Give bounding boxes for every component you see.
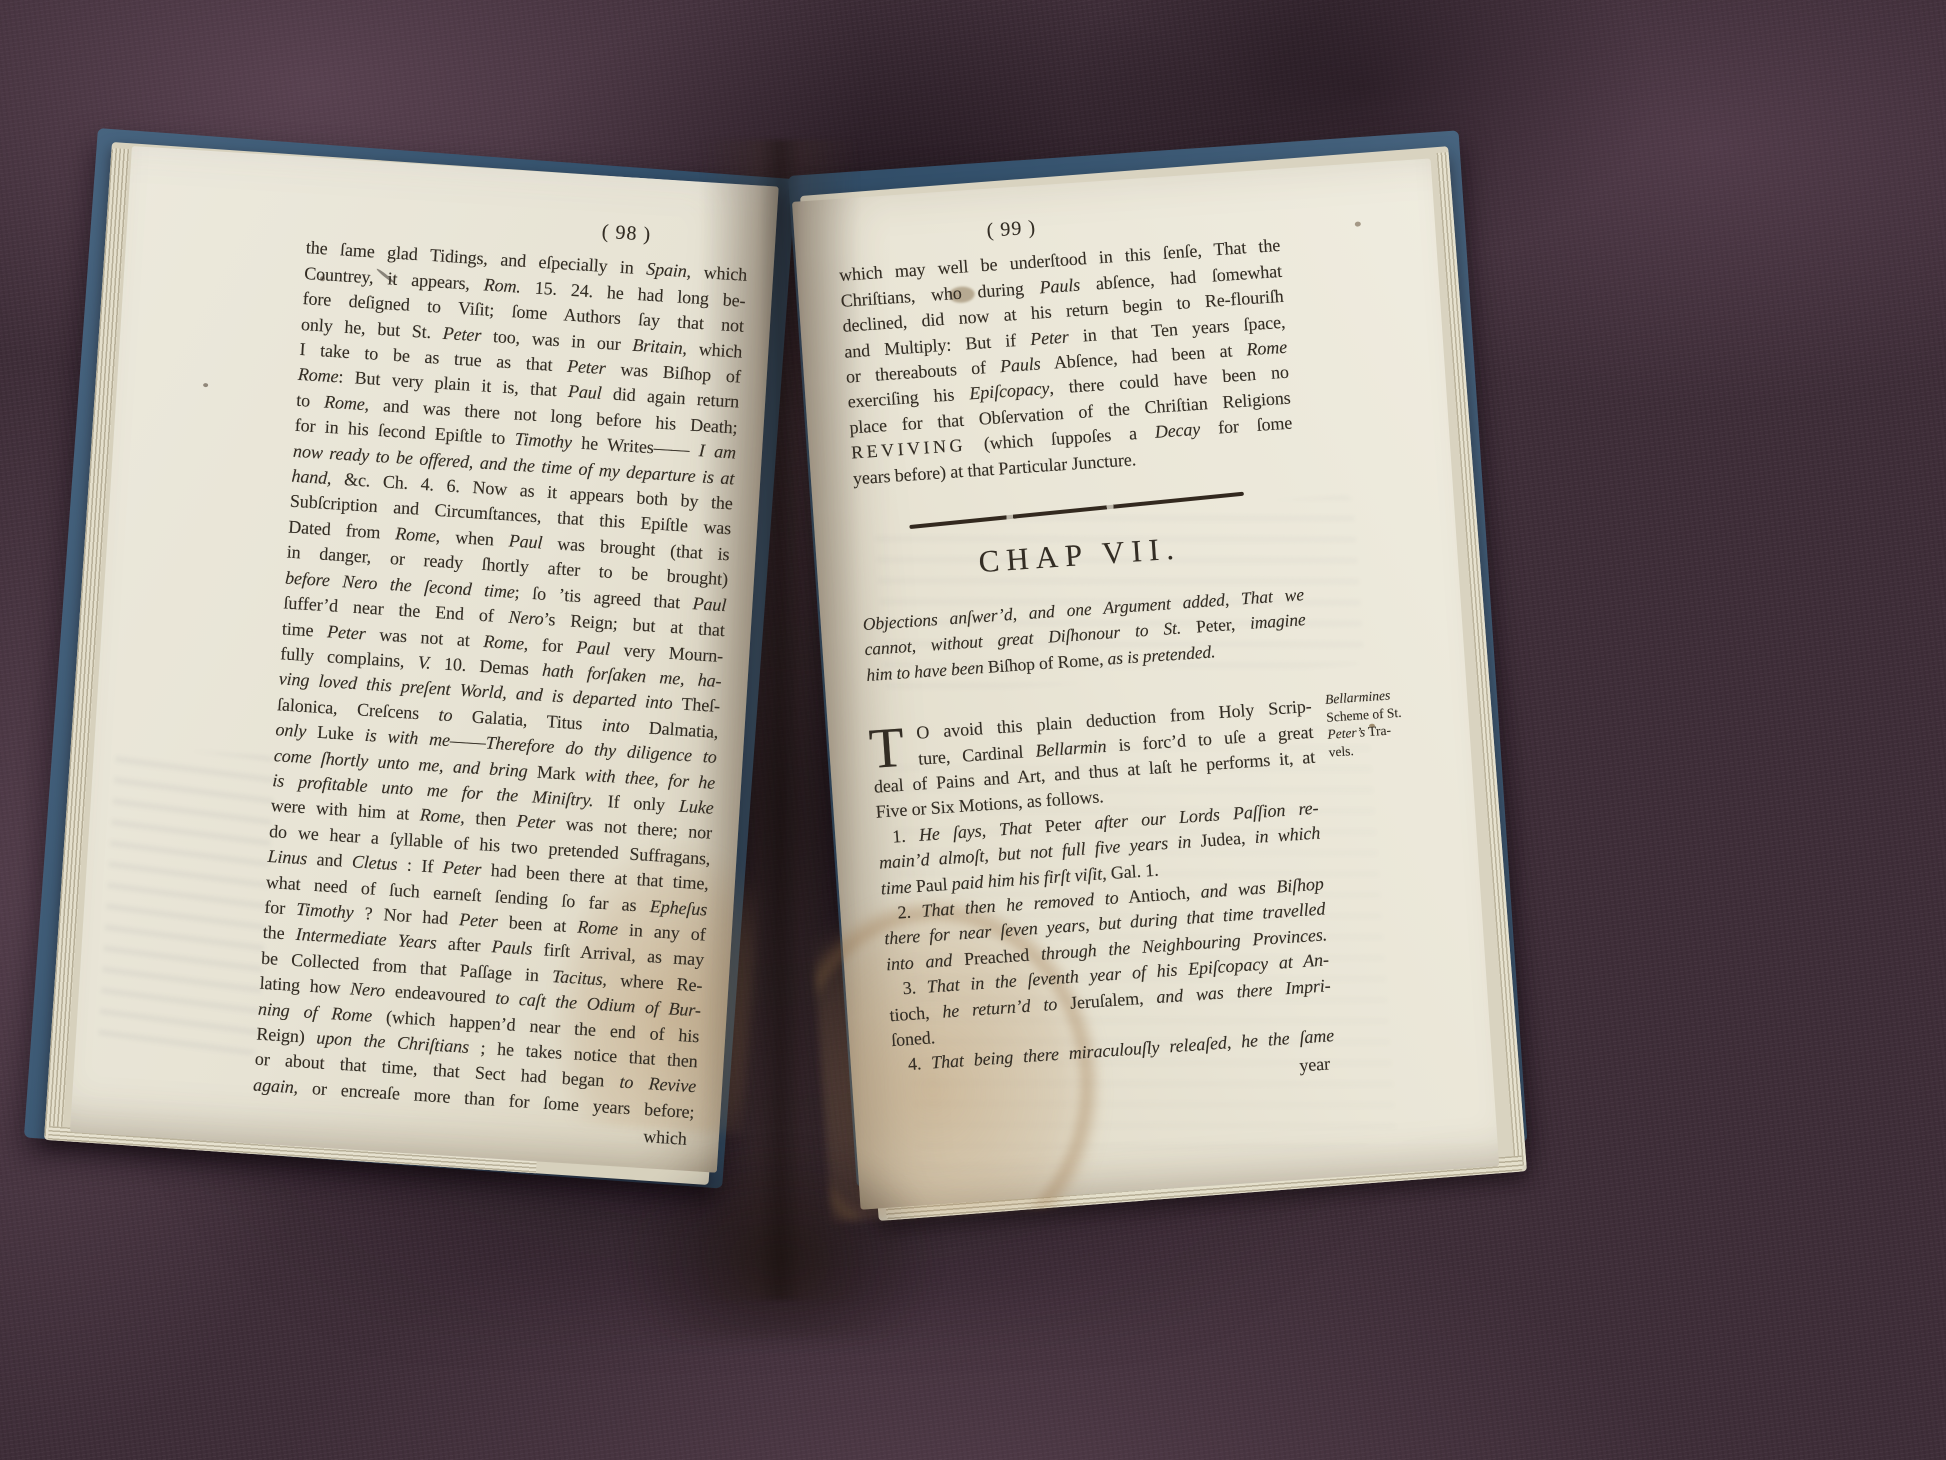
foxing-speck bbox=[1355, 221, 1361, 226]
margin-note: BellarminesScheme of St.Peter’s Tra-vels… bbox=[1324, 683, 1448, 761]
section-rule bbox=[909, 492, 1244, 529]
right-page: ( 99 ) which may well be underſtood in t… bbox=[792, 158, 1499, 1209]
chapter-heading: CHAP VII. bbox=[858, 527, 1301, 582]
foxing-speck bbox=[203, 383, 208, 387]
right-page-text-block: ( 99 ) which may well be underſtood in t… bbox=[836, 199, 1337, 1106]
chapter-argument: Objections anſwer’d, and one Argument ad… bbox=[862, 582, 1308, 688]
photo-of-open-book: { "colors": { "velvet": "#3f2e39", "cove… bbox=[0, 0, 1946, 1460]
chapter-six-closing-paragraph: which may well be underſtood in this ſen… bbox=[838, 233, 1295, 491]
left-page-body: the ſame glad Tidings, and eſpecially in… bbox=[252, 236, 747, 1126]
chapter-body: TO avoid this plain deduction from Holy … bbox=[870, 694, 1337, 1106]
left-page: ( 98 ) the ſame glad Tidings, and eſpeci… bbox=[70, 146, 779, 1173]
left-page-text-block: ( 98 ) the ſame glad Tidings, and eſpeci… bbox=[251, 201, 750, 1153]
chapter-body-lines: TO avoid this plain deduction from Holy … bbox=[870, 694, 1335, 1079]
show-through-text-smudge bbox=[97, 746, 276, 1055]
